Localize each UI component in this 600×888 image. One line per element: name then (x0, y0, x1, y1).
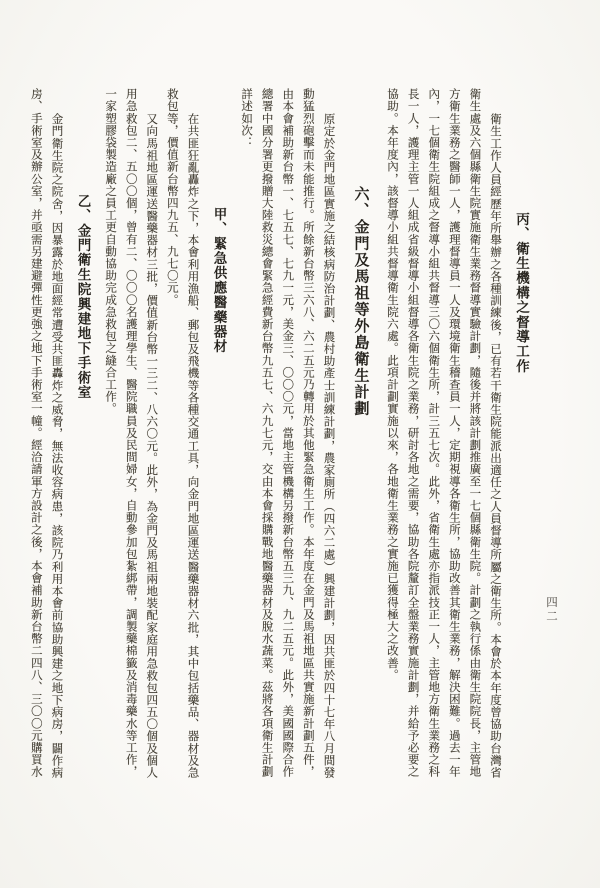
text-column: 協助。本年度內，該督導小組共督導衛生院六處。此項計劃實施以來，各地衛生業務之實施… (381, 88, 402, 794)
text-column: 內，一七個衛生院組成之督導小組共督導三〇六個衛生所，計三五七次。此外，省衛生處亦… (423, 88, 444, 794)
section-heading: 丙、衛生機構之督導工作 (510, 88, 533, 794)
text-column: 長一人，護理主管一人組成省級督導小組督導各衛生院之業務，研討各地之需要，協助各院… (402, 88, 423, 794)
section-heading: 六、金門及馬祖等外島衛生計劃 (347, 88, 372, 794)
text-column: 由本會補助新台幣一、七五七、七九一元，美金三、〇〇〇元，當地主管機構另撥新台幣五… (277, 88, 298, 794)
text-column: 總署中國分署更撥贈大陸救災總會緊急經費新台幣九五七、六九七元，交由本會採購戰地醫… (256, 88, 277, 794)
text-column: 方衛生業務之醫師一人，護理督導員一人及環境衛生稽查員一人，定期視導各衛生所，協助… (443, 88, 464, 794)
section-heading: 甲、緊急供應醫藥器材 (207, 88, 230, 794)
document-page: 四二 丙、衛生機構之督導工作衛生工作人員經歷年所舉辦之各種訓練後，已有若干衛生院… (0, 0, 600, 888)
text-column: 房、手術室及辦公室，并亟需另建避彈性更強之地下手術室一幢。經洽請軍方設計之後，本… (25, 88, 46, 794)
text-column: 原定於金門地區實施之結核病防治計劃、農村助產士訓練計劃，農家廁所（四六二處）興建… (318, 88, 339, 794)
text-column: 動猛烈砲擊而未能推行。所餘新台幣三六八、六二五元乃轉用於其他緊急衛生工作。本年度… (297, 88, 318, 794)
text-column: 衛生工作人員經歷年所舉辦之各種訓練後，已有若干衛生院能派出適任之人員督導所屬之衛… (484, 88, 505, 794)
text-column: 又向馬祖地區運送醫藥器材三批，價值新台幣一三二、八六〇元。此外，為金門及馬祖兩地… (141, 88, 162, 794)
text-column: 在共匪狂亂轟炸之下，本會利用漁船、郵包及飛機等各種交通工具，向金門地區運送醫藥器… (182, 88, 203, 794)
text-column: 詳述如次： (235, 88, 256, 794)
text-column: 衛生處及六個縣衛生院實施衛生業務督導實驗計劃，隨後并將該計劃推廣至一七個縣衛生院… (464, 88, 485, 794)
section-heading: 乙、金門衛生院興建地下手術室 (72, 88, 95, 794)
text-column: 救包等，價值新台幣四九五、九七〇元。 (161, 88, 182, 794)
text-column: 用急救包二、五〇〇個，曾有二、〇〇〇名護理學生、醫院職員及民間婦女，自動參加包紮… (120, 88, 141, 794)
text-column: 一家塑膠袋製造廠之員工更自動協助完成急救包之縫合工作。 (100, 88, 121, 794)
text-columns: 丙、衛生機構之督導工作衛生工作人員經歷年所舉辦之各種訓練後，已有若干衛生院能派出… (25, 88, 538, 794)
text-column: 金門衛生院之院舍，因暴露於地面經常遭受共匪轟炸之威脅，無法收容病患，該院乃利用本… (46, 88, 67, 794)
page-number: 四二 (543, 596, 559, 624)
